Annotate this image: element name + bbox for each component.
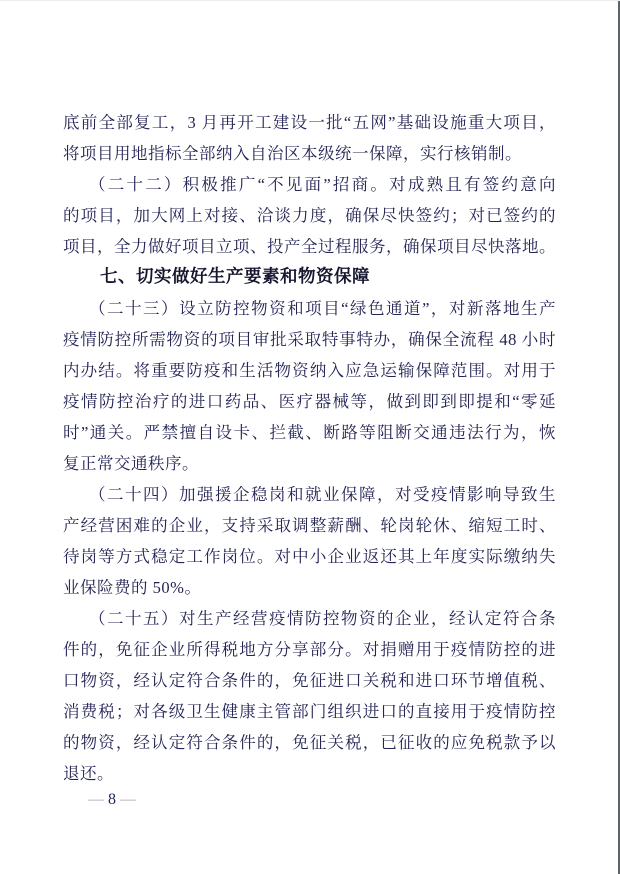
doc-line: 疫情防控治疗的进口药品、医疗器械等，做到即到即提和“零延 — [63, 386, 556, 417]
doc-line: 项目，全力做好项目立项、投产全过程服务，确保项目尽快落地。 — [63, 231, 556, 262]
footer-dash-left: — — [84, 791, 108, 808]
doc-line: 内办结。将重要防疫和生活物资纳入应急运输保障范围。对用于 — [63, 355, 556, 386]
doc-line: 疫情防控所需物资的项目审批采取特事特办，确保全流程 48 小时 — [63, 324, 556, 355]
doc-line: 退还。 — [63, 758, 556, 789]
doc-line: 将项目用地指标全部纳入自治区本级统一保障，实行核销制。 — [63, 138, 556, 169]
doc-line: 时”通关。严禁擅自设卡、拦截、断路等阻断交通违法行为，恢 — [63, 417, 556, 448]
doc-line: （二十二）积极推广“不见面”招商。对成熟且有签约意向 — [63, 169, 556, 200]
doc-line: 件的，免征企业所得税地方分享部分。对捐赠用于疫情防控的进 — [63, 634, 556, 665]
document-page: 底前全部复工，3 月再开工建设一批“五网”基础设施重大项目， 将项目用地指标全部… — [0, 0, 620, 874]
page-footer: —8— — [84, 789, 140, 811]
page-number: 8 — [108, 791, 116, 808]
doc-line: 产经营困难的企业，支持采取调整薪酬、轮岗轮休、缩短工时、 — [63, 510, 556, 541]
section-heading: 七、切实做好生产要素和物资保障 — [63, 262, 556, 293]
document-body: 底前全部复工，3 月再开工建设一批“五网”基础设施重大项目， 将项目用地指标全部… — [63, 107, 556, 789]
doc-line: 复正常交通秩序。 — [63, 448, 556, 479]
doc-line: （二十三）设立防控物资和项目“绿色通道”，对新落地生产 — [63, 293, 556, 324]
doc-line: （二十五）对生产经营疫情防控物资的企业，经认定符合条 — [63, 603, 556, 634]
doc-line: 业保险费的 50%。 — [63, 572, 556, 603]
doc-line: （二十四）加强援企稳岗和就业保障，对受疫情影响导致生 — [63, 479, 556, 510]
doc-line: 的项目，加大网上对接、洽谈力度，确保尽快签约；对已签约的 — [63, 200, 556, 231]
footer-dash-right: — — [116, 791, 140, 808]
doc-line: 底前全部复工，3 月再开工建设一批“五网”基础设施重大项目， — [63, 107, 556, 138]
doc-line: 待岗等方式稳定工作岗位。对中小企业返还其上年度实际缴纳失 — [63, 541, 556, 572]
doc-line: 消费税；对各级卫生健康主管部门组织进口的直接用于疫情防控 — [63, 696, 556, 727]
doc-line: 的物资，经认定符合条件的，免征关税，已征收的应免税款予以 — [63, 727, 556, 758]
doc-line: 口物资，经认定符合条件的，免征进口关税和进口环节增值税、 — [63, 665, 556, 696]
